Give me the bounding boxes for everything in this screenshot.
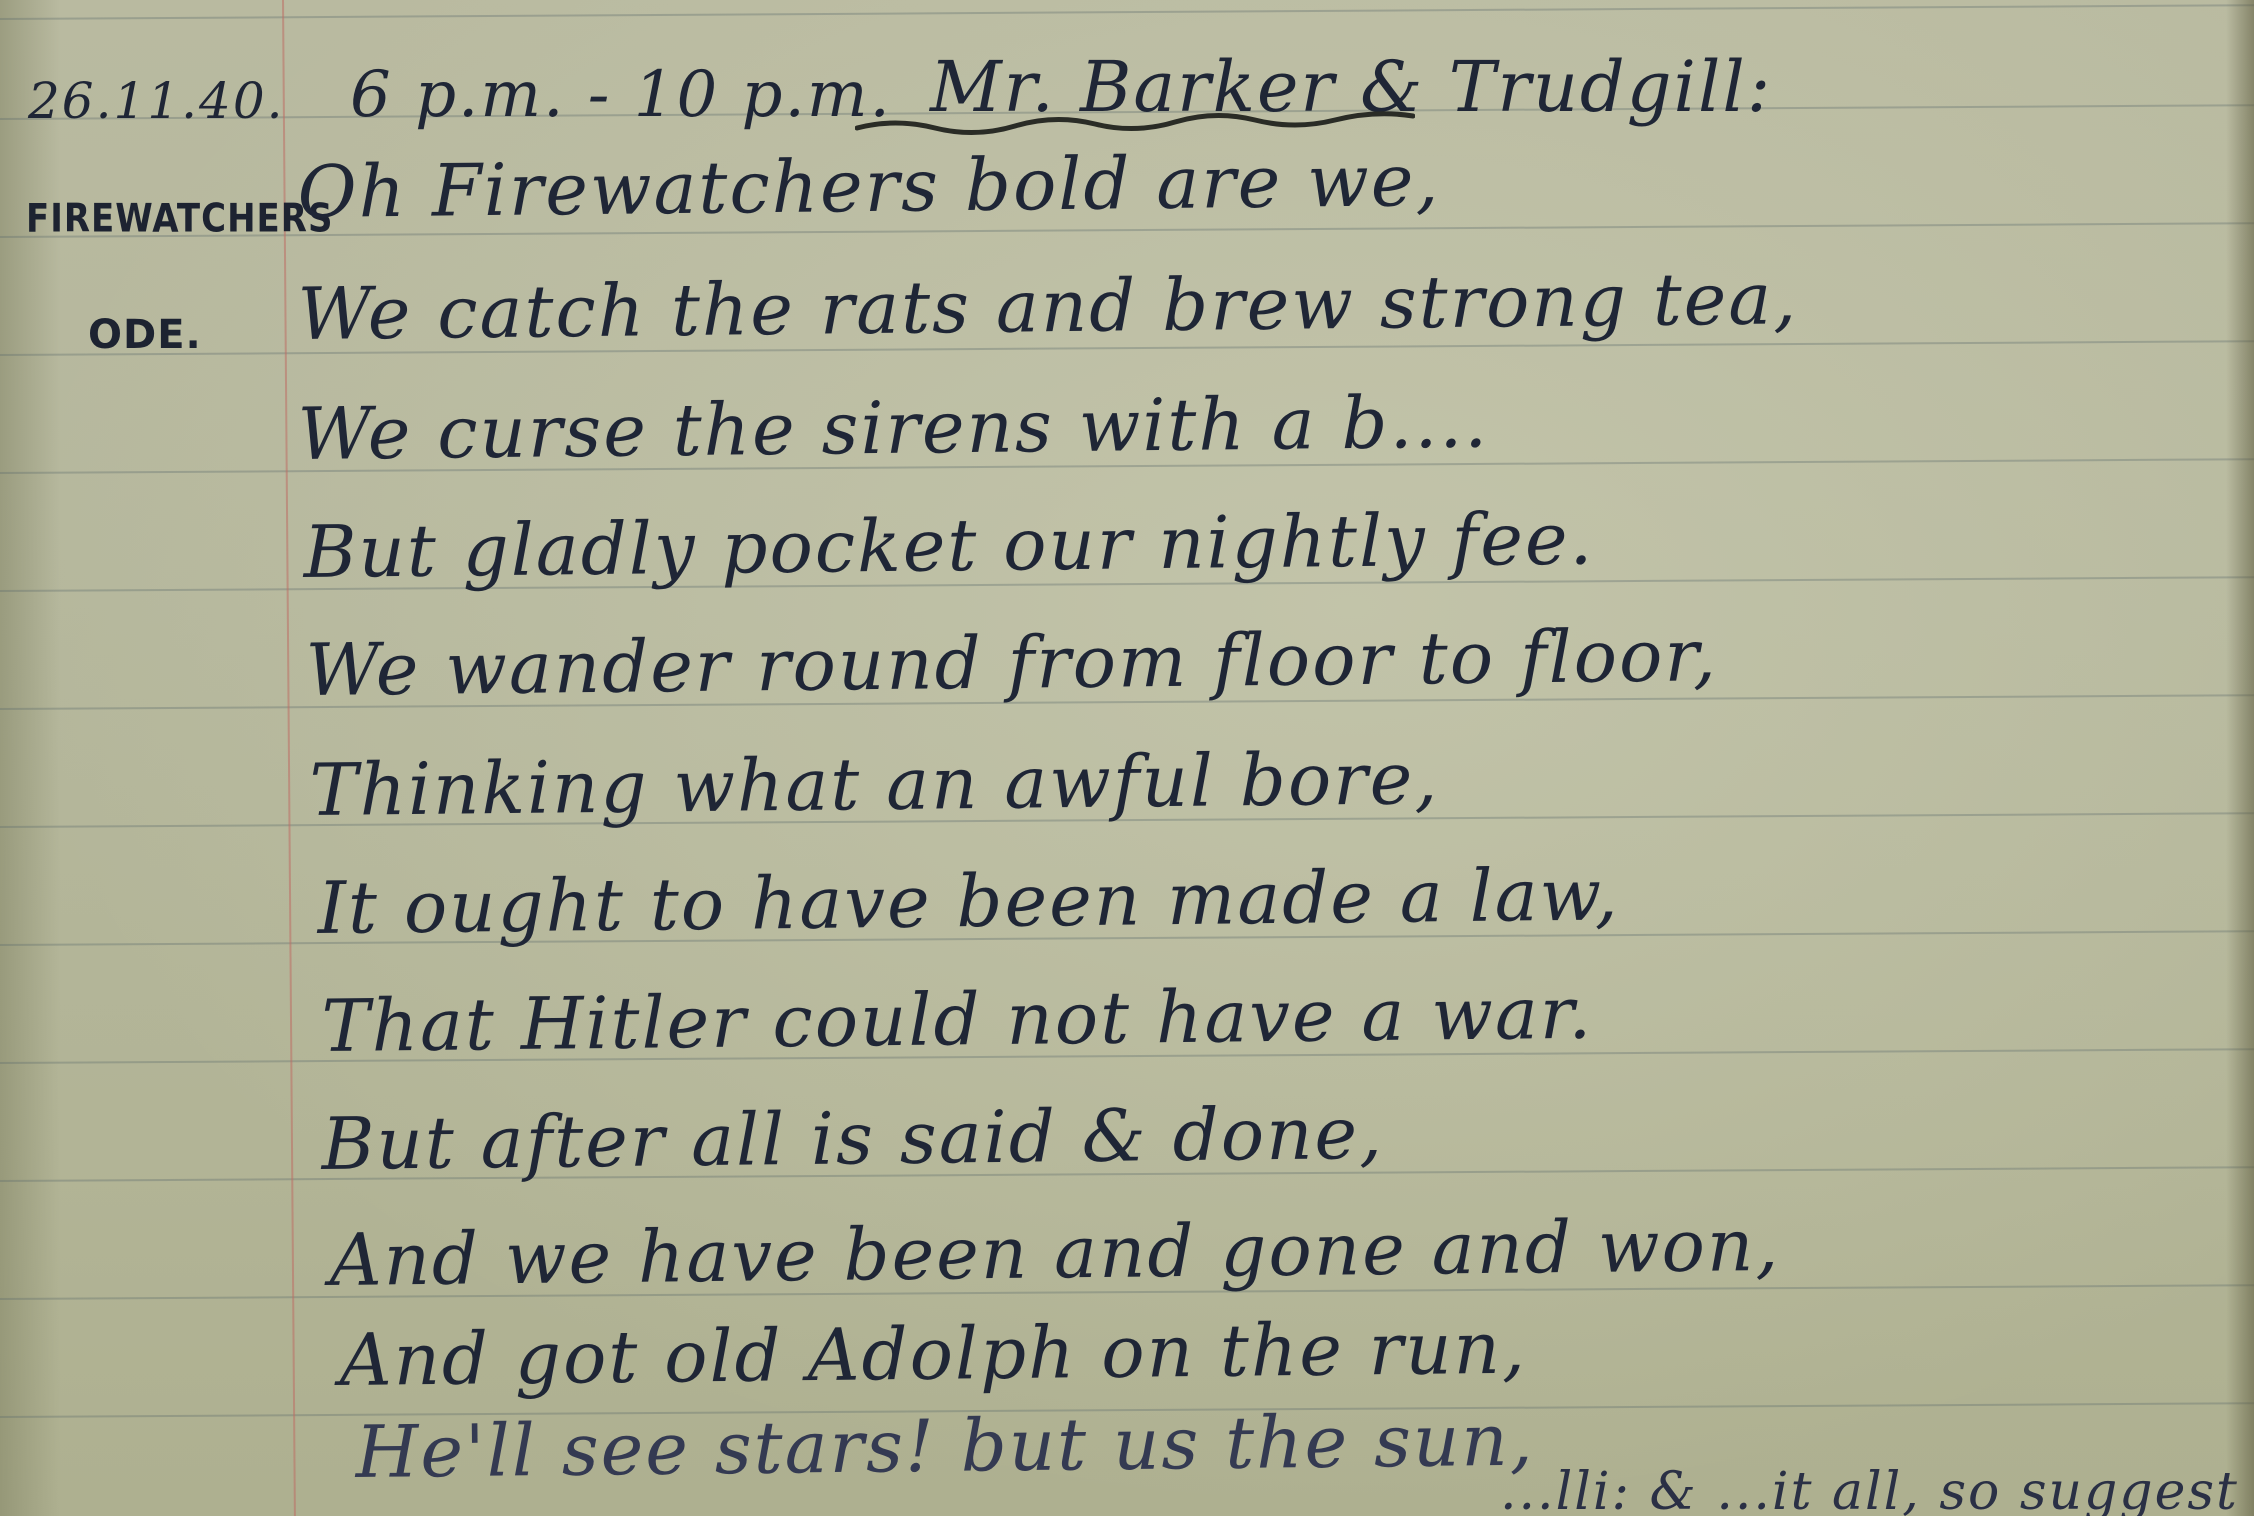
poem-line: We catch the rats and brew strong tea, (297, 256, 1798, 356)
poem-line: Thinking what an awful bore, (309, 736, 1439, 832)
poem-line: But gladly pocket our nightly fee. (303, 496, 1595, 594)
poem-line: It ought to have been made a law, (317, 852, 1620, 950)
logbook-page: 26.11.40. 6 p.m. - 10 p.m. Mr. Barker & … (0, 0, 2254, 1516)
poem-line: But after all is said & done, (321, 1091, 1384, 1186)
poem-line: Oh Firewatchers bold are we, (297, 138, 1441, 234)
poem-line: That Hitler could not have a war. (321, 971, 1593, 1068)
entry-date: 26.11.40. (28, 72, 285, 130)
poem-line: He'll see stars! but us the sun, (355, 1398, 1535, 1494)
truncated-footer-line: ...lli: & ...it all, so suggest (1500, 1462, 2239, 1516)
wavy-underline (855, 108, 1415, 138)
poem-line: And we have been and gone and won, (329, 1203, 1780, 1302)
poem-line: We curse the sirens with a b.... (297, 380, 1489, 476)
margin-label-subtitle: ODE. (88, 312, 202, 358)
ruled-line (0, 4, 2254, 20)
entry-time-range: 6 p.m. - 10 p.m. (350, 58, 892, 132)
poem-line: We wander round from floor to floor, (305, 613, 1718, 712)
poem-line: And got old Adolph on the run, (339, 1306, 1527, 1402)
margin-label-title: FIREWATCHERS (26, 196, 333, 242)
